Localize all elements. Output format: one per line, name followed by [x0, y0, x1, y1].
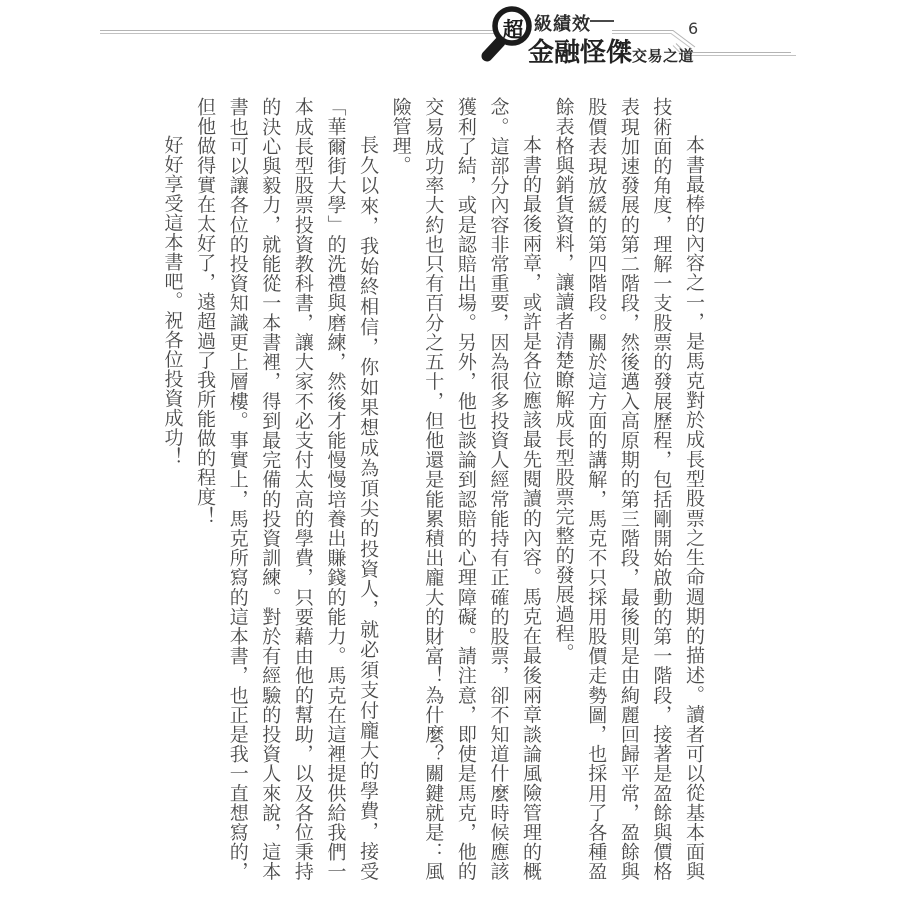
page-number: 6: [688, 19, 698, 38]
header-decoration: [0, 0, 900, 80]
logo-magnifier-char: 超: [500, 14, 526, 44]
magnifier-handle: [487, 42, 500, 56]
book-page: 超 級績效 金融怪傑交易之道 6 本書最棒的內容之一，是馬克對於成長型股票之生命…: [0, 0, 900, 900]
paragraph-2: 本書的最後兩章，或許是各位應該最先閱讀的內容。馬克在最後兩章談論風險管理的概念。…: [384, 97, 547, 881]
logo-book-subtitle: 交易之道: [632, 47, 694, 65]
logo-book-title-line: 金融怪傑交易之道: [528, 32, 694, 69]
preface-body-text: 本書最棒的內容之一，是馬克對於成長型股票之生命週期的描述。讀者可以從基本面與技術…: [156, 97, 710, 881]
paragraph-1: 本書最棒的內容之一，是馬克對於成長型股票之生命週期的描述。讀者可以從基本面與技術…: [547, 97, 710, 881]
page-header: 超 級績效 金融怪傑交易之道 6: [0, 0, 900, 80]
paragraph-3: 長久以來，我始終相信，你如果想成為頂尖的投資人，就必須支付龐大的學費，接受「華爾…: [189, 97, 385, 881]
logo-book-title: 金融怪傑: [528, 38, 632, 68]
paragraph-4: 好好享受這本書吧。祝各位投資成功！: [156, 97, 189, 881]
